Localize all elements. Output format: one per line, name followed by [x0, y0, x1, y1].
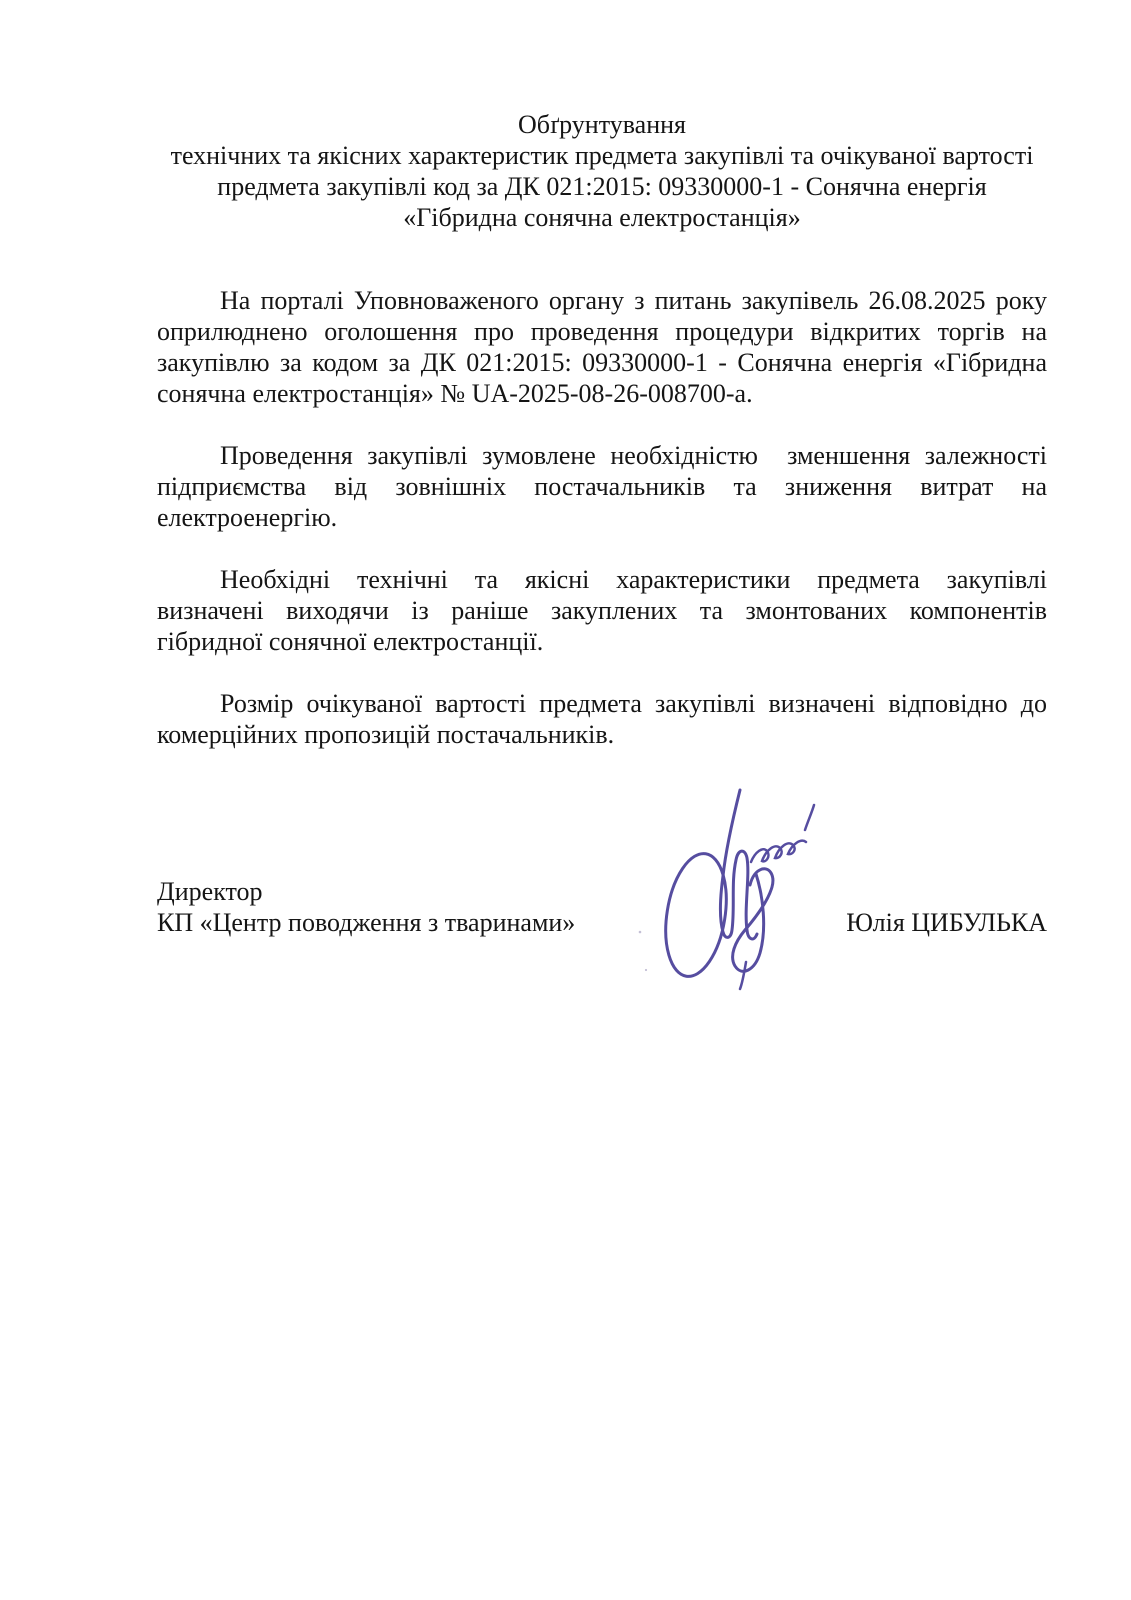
paragraph: Необхідні технічні та якісні характерист…: [157, 564, 1047, 657]
title-line: технічних та якісних характеристик предм…: [157, 140, 1047, 171]
signer-name: Юлія ЦИБУЛЬКА: [846, 907, 1047, 938]
signature-block: Директор КП «Центр поводження з тваринам…: [157, 876, 1047, 938]
paragraph-line: сонячна електростанція» № UA-2025-08-26-…: [157, 378, 1047, 409]
paragraph: Проведення закупівлі зумовлене необхідні…: [157, 440, 1047, 533]
paragraph-line: Проведення закупівлі зумовлене необхідні…: [157, 440, 1047, 471]
document-page: Обґрунтування технічних та якісних харак…: [0, 0, 1131, 1600]
paragraph-line: електроенергію.: [157, 502, 1047, 533]
paragraph-line: На порталі Уповноваженого органу з питан…: [157, 285, 1047, 316]
document-title: Обґрунтування технічних та якісних харак…: [157, 109, 1047, 233]
title-line: предмета закупівлі код за ДК 021:2015: 0…: [157, 171, 1047, 202]
title-line: Обґрунтування: [157, 109, 1047, 140]
signer-position: Директор КП «Центр поводження з тваринам…: [157, 876, 575, 938]
paragraph-line: підприємства від зовнішніх постачальникі…: [157, 471, 1047, 502]
signer-position-line-1: Директор: [157, 876, 575, 907]
paragraph-line: Розмір очікуваної вартості предмета заку…: [157, 688, 1047, 719]
paragraph-line: Необхідні технічні та якісні характерист…: [157, 564, 1047, 595]
paragraph-line: оприлюднено оголошення про проведення пр…: [157, 316, 1047, 347]
title-line: «Гібридна сонячна електростанція»: [157, 202, 1047, 233]
paragraph-line: визначені виходячи із раніше закуплених …: [157, 595, 1047, 626]
signer-position-line-2: КП «Центр поводження з тваринами»: [157, 907, 575, 938]
paragraph-line: закупівлю за кодом за ДК 021:2015: 09330…: [157, 347, 1047, 378]
paragraph: Розмір очікуваної вартості предмета заку…: [157, 688, 1047, 750]
paragraph-line: гібридної сонячної електростанції.: [157, 626, 1047, 657]
paragraph: На порталі Уповноваженого органу з питан…: [157, 285, 1047, 409]
document-content: Обґрунтування технічних та якісних харак…: [0, 109, 1131, 938]
paragraph-line: комерційних пропозицій постачальників.: [157, 719, 1047, 750]
signature-stroke: [740, 962, 746, 989]
ink-speck: [645, 969, 647, 971]
